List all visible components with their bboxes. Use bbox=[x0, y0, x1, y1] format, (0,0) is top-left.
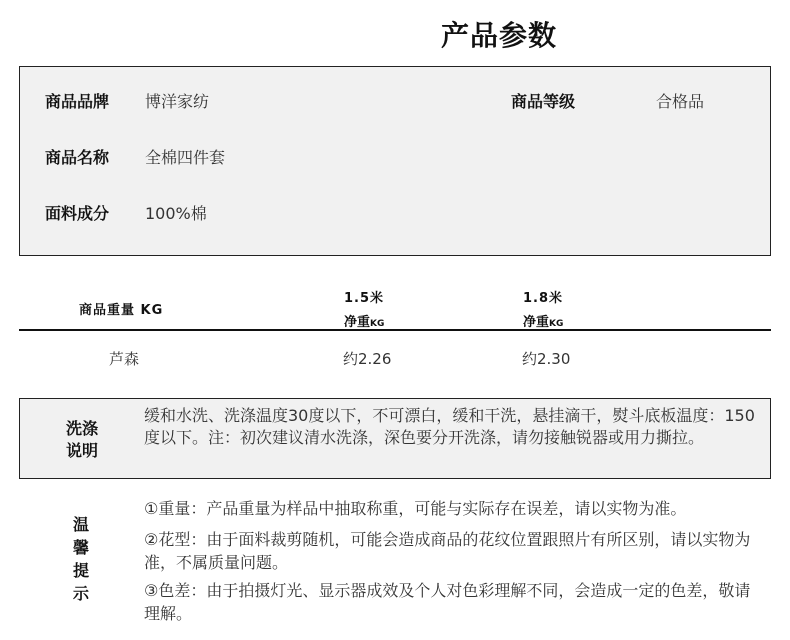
name-label: 商品名称 bbox=[45, 145, 109, 168]
tip-weight: ①重量：产品重量为样品中抽取称重，可能与实际存在误差，请以实物为准。 bbox=[144, 497, 764, 520]
weight-col-1-size: 1.5米 bbox=[344, 287, 384, 306]
weight-row-value-1: 约2.26 bbox=[343, 348, 391, 369]
fabric-label: 面料成分 bbox=[45, 201, 109, 224]
washing-label: 洗涤 说明 bbox=[62, 418, 102, 462]
page-title: 产品参数 bbox=[441, 14, 557, 54]
brand-label: 商品品牌 bbox=[45, 89, 109, 112]
brand-value: 博洋家纺 bbox=[145, 89, 209, 112]
tip-color-difference: ③色差：由于拍摄灯光、显示器成效及个人对色彩理解不同，会造成一定的色差，敬请理解… bbox=[144, 579, 764, 625]
grade-label: 商品等级 bbox=[511, 89, 575, 112]
fabric-value: 100%棉 bbox=[145, 201, 207, 224]
weight-row-value-2: 约2.30 bbox=[522, 348, 570, 369]
tips-label: 温 馨 提 示 bbox=[70, 513, 92, 605]
product-params-panel: 商品品牌 博洋家纺 商品等级 合格品 商品名称 全棉四件套 面料成分 100%棉 bbox=[19, 66, 771, 256]
weight-col-2-size: 1.8米 bbox=[523, 287, 563, 306]
tip-pattern: ②花型：由于面料裁剪随机，可能会造成商品的花纹位置跟照片有所区别，请以实物为准，… bbox=[144, 528, 764, 574]
weight-row-name: 芦森 bbox=[109, 348, 139, 369]
weight-header-divider bbox=[19, 329, 771, 331]
weight-col-1-sub: 净重KG bbox=[344, 311, 384, 330]
weight-header-label: 商品重量 KG bbox=[79, 299, 163, 318]
grade-value: 合格品 bbox=[656, 89, 704, 112]
washing-text: 缓和水洗、洗涤温度30度以下，不可漂白，缓和干洗，悬挂滴干，熨斗底板温度：150… bbox=[144, 405, 764, 449]
name-value: 全棉四件套 bbox=[145, 145, 225, 168]
weight-col-2-sub: 净重KG bbox=[523, 311, 563, 330]
washing-instructions-panel: 洗涤 说明 缓和水洗、洗涤温度30度以下，不可漂白，缓和干洗，悬挂滴干，熨斗底板… bbox=[19, 398, 771, 479]
